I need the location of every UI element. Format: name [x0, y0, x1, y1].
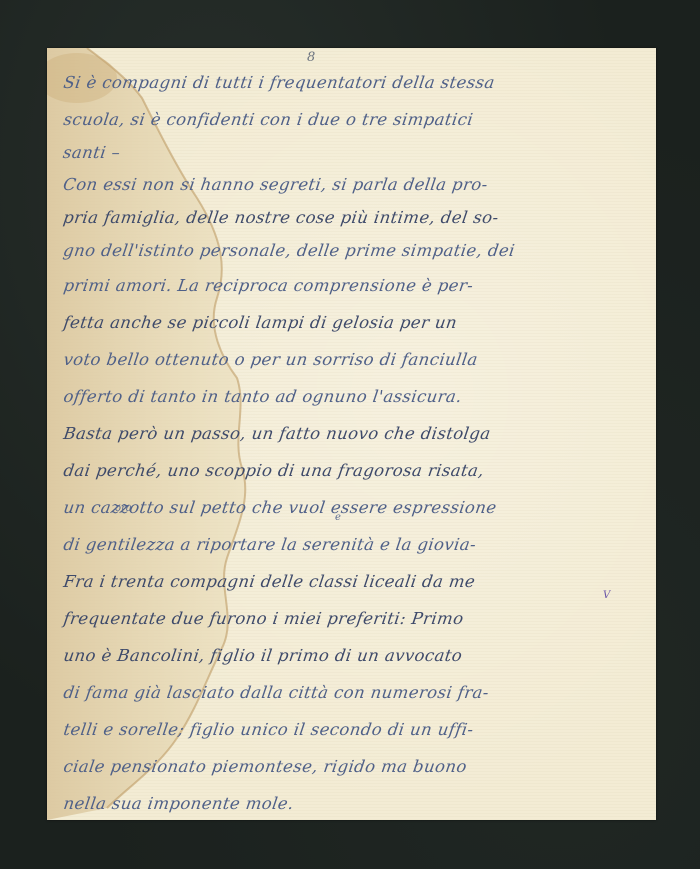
- interlinear-insertion: V: [603, 590, 610, 601]
- text-line: santi –: [61, 138, 646, 168]
- text-line: Fra i trenta compagni delle classi licea…: [61, 563, 647, 600]
- text-line: Con essi non si hanno segreti, si parla …: [61, 168, 647, 201]
- handwritten-text: Si è compagni di tutti i frequentatori d…: [61, 64, 642, 820]
- text-line: dai perché, uno scoppio di una fragorosa…: [61, 452, 647, 489]
- interlinear-insertion: e: [335, 512, 341, 523]
- text-line: telli e sorelle; figlio unico il secondo…: [61, 711, 647, 748]
- page-number: 8: [307, 50, 315, 65]
- letter-page: 8 Si è compagni di tutti i frequentatori…: [47, 48, 656, 820]
- text-line: gno dell'istinto personale, delle prime …: [61, 234, 647, 267]
- text-line: frequentate due furono i miei preferiti:…: [61, 600, 647, 637]
- text-line: Basta però un passo, un fatto nuovo che …: [61, 415, 647, 452]
- text-line: fetta anche se piccoli lampi di gelosia …: [61, 304, 647, 341]
- text-line: voto bello ottenuto o per un sorriso di …: [61, 341, 647, 378]
- text-line: di gentilezza a riportare la serenità e …: [61, 526, 647, 563]
- text-line: offerto di tanto in tanto ad ognuno l'as…: [61, 378, 647, 415]
- text-line: scuola, si è confidenti con i due o tre …: [61, 101, 647, 138]
- text-line: primi amori. La reciproca comprensione è…: [61, 267, 647, 304]
- text-line: nella sua imponente mole.: [61, 785, 647, 820]
- text-line: ciale pensionato piemontese, rigido ma b…: [61, 748, 647, 785]
- text-line: di fama già lasciato dalla città con num…: [61, 674, 647, 711]
- text-line: uno è Bancolini, figlio il primo di un a…: [61, 637, 647, 674]
- text-line: Si è compagni di tutti i frequentatori d…: [61, 64, 647, 101]
- interlinear-insertion: ora: [115, 503, 132, 514]
- text-line: un cazzotto sul petto che vuol essere es…: [61, 489, 647, 526]
- text-line: pria famiglia, delle nostre cose più int…: [61, 201, 647, 234]
